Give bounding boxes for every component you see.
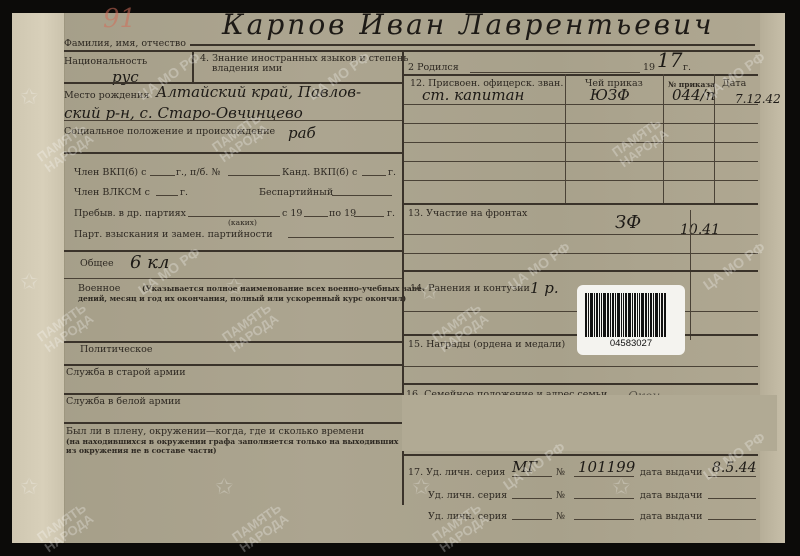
languages-label-2: владения ими <box>212 63 282 74</box>
id-card-2-series-line <box>512 498 552 499</box>
white-army-label: Служба в белой армии <box>66 396 181 407</box>
id-card-2-number-line <box>574 498 634 499</box>
divider-military <box>64 341 402 343</box>
from-label: с 19 <box>282 208 302 219</box>
vlksm-member-label: Член ВЛКСМ с <box>74 187 150 198</box>
id-card-1-number: 101199 <box>578 458 635 476</box>
birthplace-value-1: Алтайский край, Павлов- <box>156 83 361 101</box>
born-label: 2 Родился <box>408 62 459 73</box>
wounds-value: 1 р. <box>530 279 559 297</box>
divider-general <box>64 278 402 279</box>
born-year-prefix: 19 <box>643 62 655 73</box>
rank-col-divider-2 <box>663 74 664 204</box>
id-card-2-date-label: дата выдачи <box>640 490 703 501</box>
to-label: по 19 <box>329 208 356 219</box>
from-blank <box>304 216 328 217</box>
pb-no-blank <box>228 175 280 176</box>
divider-social <box>64 152 402 154</box>
birthplace-underline <box>64 120 402 121</box>
captivity-note-1: (на находившихся в окружении графа запол… <box>66 437 398 446</box>
born-year-value: 17 <box>657 48 682 72</box>
divider-awards <box>402 383 758 385</box>
id-card-1-series-line <box>512 476 552 477</box>
fronts-date: 10.41 <box>680 222 720 238</box>
divider-white-army <box>64 422 402 424</box>
id-card-2-label: Уд. личн. серия <box>428 490 507 501</box>
divider-party <box>64 250 402 252</box>
rank-col-divider-1 <box>565 74 566 204</box>
pb-no-label: г., п/б. № <box>176 167 220 178</box>
barcode-number: 04583027 <box>577 338 685 349</box>
barcode-icon <box>585 293 677 337</box>
divider-rank <box>402 203 758 205</box>
education-military-note-1: (Указывается полное наименование всех во… <box>142 284 425 293</box>
family-redaction <box>402 395 777 451</box>
rank-row-line-4 <box>404 161 758 162</box>
rank-row-line-1 <box>404 104 758 105</box>
id-card-3-no-label: № <box>556 511 565 522</box>
divider-political <box>64 364 402 366</box>
vkpb-member-blank <box>150 175 175 176</box>
awards-line-1 <box>404 366 758 367</box>
year-suffix: г. <box>180 187 188 198</box>
awards-label: 15. Награды (ордена и медали) <box>408 339 565 350</box>
other-parties-blank <box>188 216 280 217</box>
vkpb-candidate-blank <box>362 175 386 176</box>
rank-cell-order-no: 044/п <box>672 86 715 104</box>
id-card-1-number-line <box>574 476 634 477</box>
education-political-label: Политическое <box>80 344 152 355</box>
fio-value: Карпов Иван Лаврентьевич <box>222 8 715 41</box>
birthplace-label: Место рождения <box>64 90 149 101</box>
captivity-note-2: из окружения не в составе части) <box>66 446 217 455</box>
education-general-label: Общее <box>80 258 114 269</box>
fronts-col-divider <box>690 210 691 340</box>
social-value: раб <box>288 124 316 142</box>
id-card-3-number-line <box>574 519 634 520</box>
rank-cell-whose-order: ЮЗФ <box>590 86 630 104</box>
wounds-label: 14. Ранения и контузии <box>410 283 530 294</box>
fronts-label: 13. Участие на фронтах <box>408 208 527 219</box>
vlksm-blank <box>156 195 178 196</box>
year-suffix: г. <box>388 167 396 178</box>
divider-born <box>402 74 758 76</box>
fronts-line-1 <box>404 234 758 235</box>
id-card-1-date-label: дата выдачи <box>640 467 703 478</box>
nonparty-blank <box>332 195 392 196</box>
born-underline <box>470 72 640 73</box>
social-label: Социальное положение и происхождение <box>64 126 275 137</box>
vkpb-candidate-label: Канд. ВКП(б) с <box>282 167 357 178</box>
rank-row-line-3 <box>404 142 758 143</box>
divider-top <box>64 50 760 52</box>
nonparty-label: Беспартийный <box>259 187 333 198</box>
id-card-2-no-label: № <box>556 490 565 501</box>
rank-row-line-2 <box>404 123 758 124</box>
card-stub-edge <box>12 13 65 543</box>
captivity-label: Был ли в плену, окружении—когда, где и с… <box>66 426 364 437</box>
which-note: (каких) <box>228 218 257 227</box>
divider-family <box>402 454 758 456</box>
old-army-label: Служба в старой армии <box>66 367 186 378</box>
id-card-3-label: Уд. личн. серия <box>428 511 507 522</box>
rank-header-date: Дата <box>722 78 746 89</box>
id-card-1-label: 17. Уд. личн. серия <box>408 467 505 478</box>
rank-row-line-5 <box>404 180 758 181</box>
fronts-line-2 <box>404 253 758 254</box>
id-card-3-date-line <box>708 519 756 520</box>
nationality-label: Национальность <box>64 56 147 67</box>
to-blank <box>354 216 384 217</box>
divider-lang <box>192 50 194 82</box>
rank-cell-title: ст. капитан <box>422 86 524 104</box>
fio-underline <box>190 44 755 46</box>
id-card-1-date: 8.5.44 <box>712 460 757 476</box>
id-card-3-date-label: дата выдачи <box>640 511 703 522</box>
born-year-suffix: г. <box>683 62 691 73</box>
education-general-value: 6 кл <box>130 252 169 273</box>
fronts-value: ЗФ <box>615 212 641 233</box>
other-parties-label: Пребыв. в др. партиях <box>74 208 186 219</box>
year-suffix: г. <box>387 208 395 219</box>
divider-fronts <box>402 270 758 272</box>
id-card-1-series: МГ <box>512 458 537 476</box>
penalties-blank <box>288 237 394 238</box>
barcode-sticker: 04583027 <box>577 285 685 355</box>
education-military-note-2: дений, месяц и год их окончания, полный … <box>78 294 406 303</box>
penalties-label: Парт. взыскания и замен. партийности <box>74 229 273 240</box>
corner-red-mark: 91 <box>103 4 136 34</box>
fio-label: Фамилия, имя, отчество <box>64 38 186 49</box>
id-card-1-no-label: № <box>556 467 565 478</box>
vkpb-member-label: Член ВКП(б) с <box>74 167 146 178</box>
id-card-3-series-line <box>512 519 552 520</box>
id-card-1-date-line <box>708 476 756 477</box>
id-card-2-date-line <box>708 498 756 499</box>
education-military-label: Военное <box>78 283 120 294</box>
divider-old-army <box>64 393 402 395</box>
